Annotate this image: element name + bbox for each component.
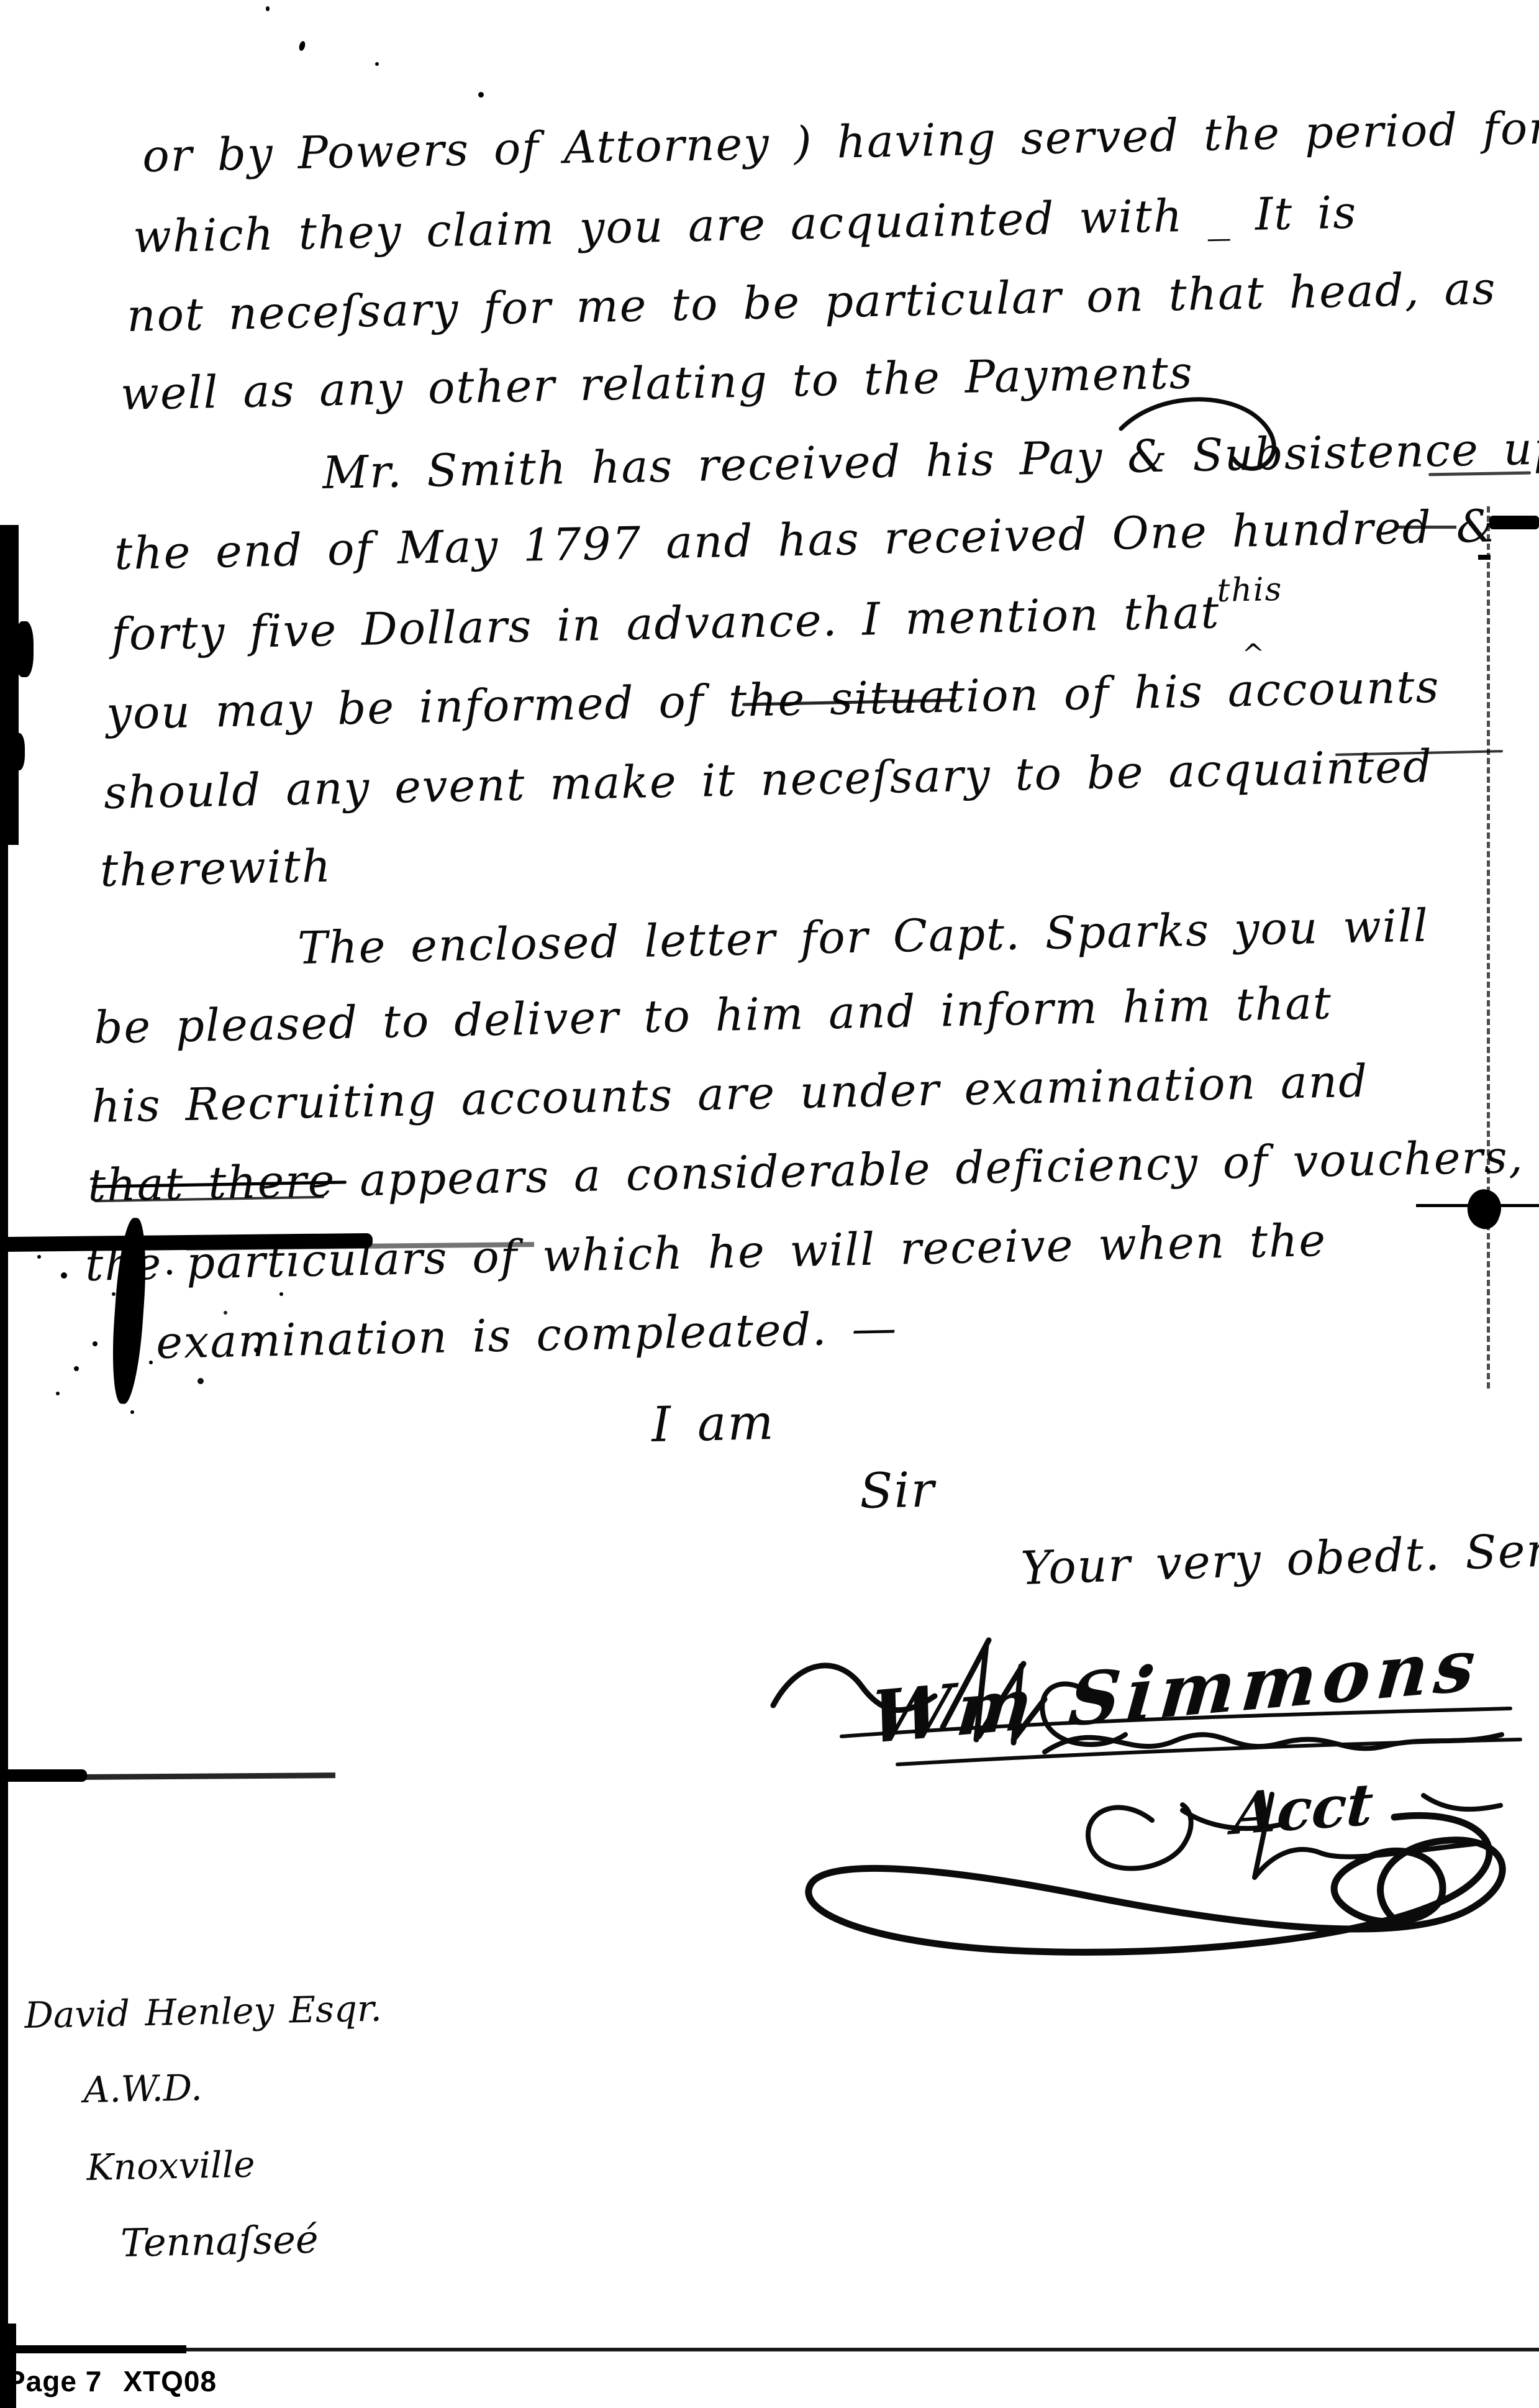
- letter-line-3: not neceſsary for me to be particular on…: [127, 266, 1497, 338]
- letter-line-9: should any event make it neceſsary to be…: [104, 744, 1433, 815]
- scan-edge-blob-2: [11, 733, 25, 770]
- footer-rule: [0, 2348, 1539, 2351]
- insertion-caret: ^: [1242, 641, 1266, 668]
- letter-line-12: be pleased to deliver to him and inform …: [94, 980, 1333, 1050]
- letter-line-16: examination is compleated. —: [156, 1305, 898, 1365]
- letter-line-7: forty five Dollars in advance. I mention…: [111, 590, 1220, 657]
- scan-dash-right-1: [1478, 555, 1491, 560]
- scan-speckle-cloud: [37, 1255, 41, 1259]
- scan-edge-blob-1: [15, 621, 34, 677]
- ink-dot-3: [375, 62, 379, 66]
- letter-line-5: Mr. Smith has received his Pay & Subsist…: [322, 424, 1539, 495]
- letter-line-15: the particulars of which he will receive…: [85, 1218, 1327, 1287]
- letter-line-8: you may be informed of the situation of …: [106, 664, 1440, 736]
- letter-line-6: the end of May 1797 and has received One…: [114, 503, 1498, 576]
- letter-line-11: The enclosed letter for Capt. Sparks you…: [297, 903, 1430, 970]
- letter-line-10: therewith: [100, 844, 332, 893]
- footer-code: XTQ08: [123, 2365, 217, 2397]
- ink-dot-1: [266, 6, 270, 11]
- pen-flourish-payments: [1118, 391, 1279, 485]
- closing-i-am: I am: [651, 1398, 775, 1449]
- footer-page-label: Page 7: [6, 2365, 102, 2397]
- letter-line-4: well as any other relating to the Paymen…: [120, 350, 1194, 416]
- address-line-recipient: David Henley Esqr.: [24, 1990, 382, 2033]
- footer-rule-thick-end: [0, 2345, 186, 2353]
- letter-line-1: or by Powers of Attorney ) having served…: [142, 105, 1539, 178]
- footer-caption: Page 7XTQ08: [6, 2365, 238, 2398]
- address-line-city: Knoxville: [86, 2146, 255, 2186]
- scan-cross-wedge: [1489, 516, 1539, 529]
- scan-cross-dash-left: [1397, 526, 1456, 529]
- signature-title: Acct: [1230, 1771, 1375, 1848]
- scan-star-blob: [1461, 1185, 1507, 1233]
- closing-salutation: Your very obedt. Serv.: [1020, 1526, 1539, 1592]
- closing-sir: Sir: [859, 1466, 935, 1516]
- ink-dot-4: [478, 92, 484, 98]
- scan-edge-band-left: [0, 525, 19, 845]
- address-line-state: Tennaſseé: [120, 2220, 319, 2263]
- scan-edge-dashes-right: [1487, 506, 1490, 1389]
- inserted-word: this: [1217, 573, 1283, 607]
- scan-star-line: [1416, 1204, 1539, 1207]
- letter-line-2: which they claim you are acquainted with…: [133, 189, 1358, 259]
- scan-edge-line-left: [0, 842, 8, 2408]
- letter-line-13: his Recruiting accounts are under examin…: [91, 1059, 1369, 1129]
- address-line-awd: A.W.D.: [83, 2069, 202, 2108]
- scanned-letter-page: or by Powers of Attorney ) having served…: [0, 0, 1539, 2408]
- ink-dot-2: [298, 40, 306, 52]
